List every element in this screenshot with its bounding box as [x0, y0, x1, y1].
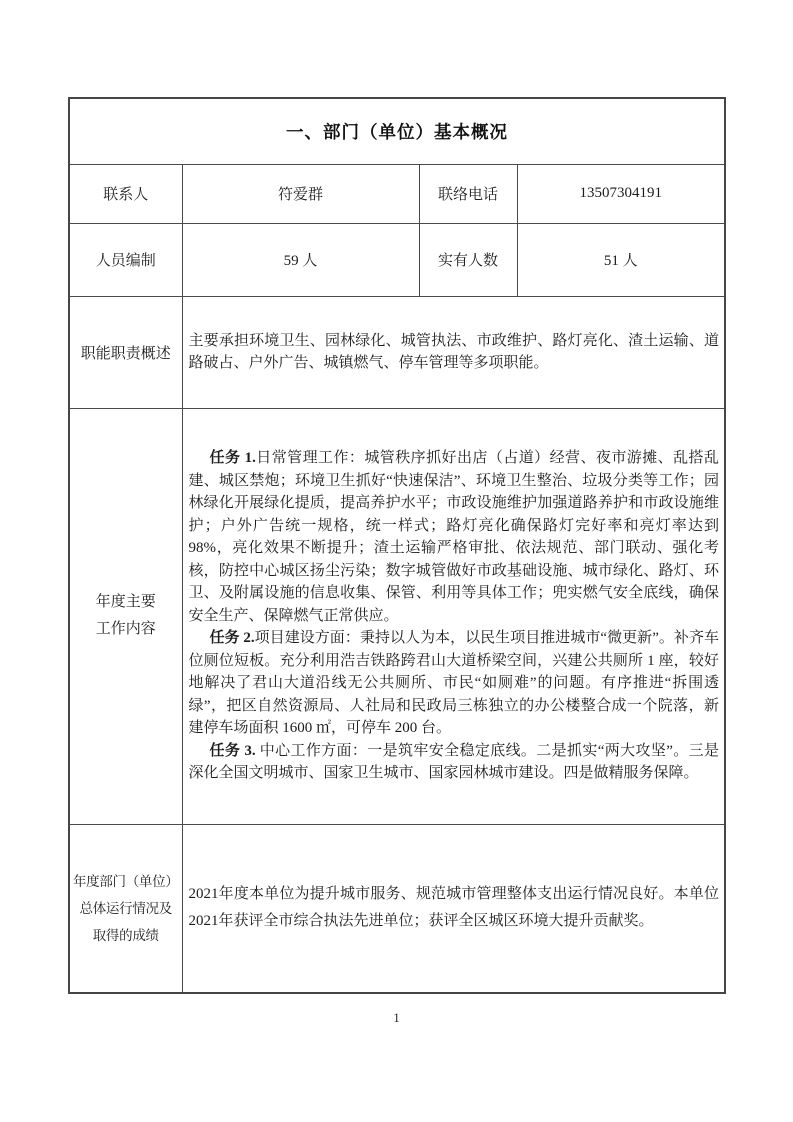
table-title-row: 一、部门（单位）基本概况 [69, 98, 725, 164]
annual-work-content: 任务 1.日常管理工作：城管秩序抓好出店（占道）经营、夜市游摊、乱搭乱建、城区禁… [182, 408, 725, 824]
task-1-paragraph: 任务 1.日常管理工作：城管秩序抓好出店（占道）经营、夜市游摊、乱搭乱建、城区禁… [189, 447, 720, 627]
task-2-paragraph: 任务 2.项目建设方面：秉持以人为本，以民生项目推进城市“微更新”。补齐车位厕位… [189, 627, 720, 740]
contact-row: 联系人 符爱群 联络电话 13507304191 [69, 164, 725, 223]
table-title-cell: 一、部门（单位）基本概况 [69, 98, 725, 164]
actual-staff-label: 实有人数 [419, 223, 517, 296]
department-overview-table: 一、部门（单位）基本概况 联系人 符爱群 联络电话 13507304191 人员… [68, 97, 726, 994]
contact-label: 联系人 [69, 164, 182, 223]
task-1-text: 日常管理工作：城管秩序抓好出店（占道）经营、夜市游摊、乱搭乱建、城区禁炮；环境卫… [189, 450, 720, 624]
staffing-quota-value: 59 人 [182, 223, 419, 296]
section-title: 一、部门（单位）基本概况 [286, 122, 508, 142]
task-1-prefix: 任务 1. [210, 450, 256, 466]
task-2-prefix: 任务 2. [210, 630, 255, 646]
annual-work-label-cell: 年度主要 工作内容 [69, 408, 182, 824]
actual-staff-value: 51 人 [517, 223, 725, 296]
phone-label: 联络电话 [419, 164, 517, 223]
task-2-text: 项目建设方面：秉持以人为本，以民生项目推进城市“微更新”。补齐车位厕位短板。充分… [189, 630, 720, 736]
annual-summary-row: 年度部门（单位） 总体运行情况及 取得的成绩 2021年度本单位为提升城市服务、… [69, 824, 725, 993]
staffing-quota-label: 人员编制 [69, 223, 182, 296]
contact-value: 符爱群 [182, 164, 419, 223]
duty-content: 主要承担环境卫生、园林绿化、城管执法、市政维护、路灯亮化、渣土运输、道路破占、户… [182, 296, 725, 408]
annual-summary-content: 2021年度本单位为提升城市服务、规范城市管理整体支出运行情况良好。本单位202… [182, 824, 725, 993]
phone-value: 13507304191 [517, 164, 725, 223]
duty-label: 职能职责概述 [69, 296, 182, 408]
annual-work-label: 年度主要 工作内容 [96, 589, 156, 643]
page-number: 1 [0, 1010, 793, 1026]
annual-summary-label-cell: 年度部门（单位） 总体运行情况及 取得的成绩 [69, 824, 182, 993]
annual-summary-label: 年度部门（单位） 总体运行情况及 取得的成绩 [73, 868, 179, 949]
task-3-text: 中心工作方面：一是筑牢安全稳定底线。二是抓实“两大攻坚”。三是深化全国文明城市、… [189, 743, 720, 782]
document-page: 一、部门（单位）基本概况 联系人 符爱群 联络电话 13507304191 人员… [0, 0, 793, 1122]
staffing-row: 人员编制 59 人 实有人数 51 人 [69, 223, 725, 296]
duty-row: 职能职责概述 主要承担环境卫生、园林绿化、城管执法、市政维护、路灯亮化、渣土运输… [69, 296, 725, 408]
task-3-paragraph: 任务 3. 中心工作方面：一是筑牢安全稳定底线。二是抓实“两大攻坚”。三是深化全… [189, 740, 720, 785]
annual-work-row: 年度主要 工作内容 任务 1.日常管理工作：城管秩序抓好出店（占道）经营、夜市游… [69, 408, 725, 824]
task-3-prefix: 任务 3. [210, 743, 256, 759]
